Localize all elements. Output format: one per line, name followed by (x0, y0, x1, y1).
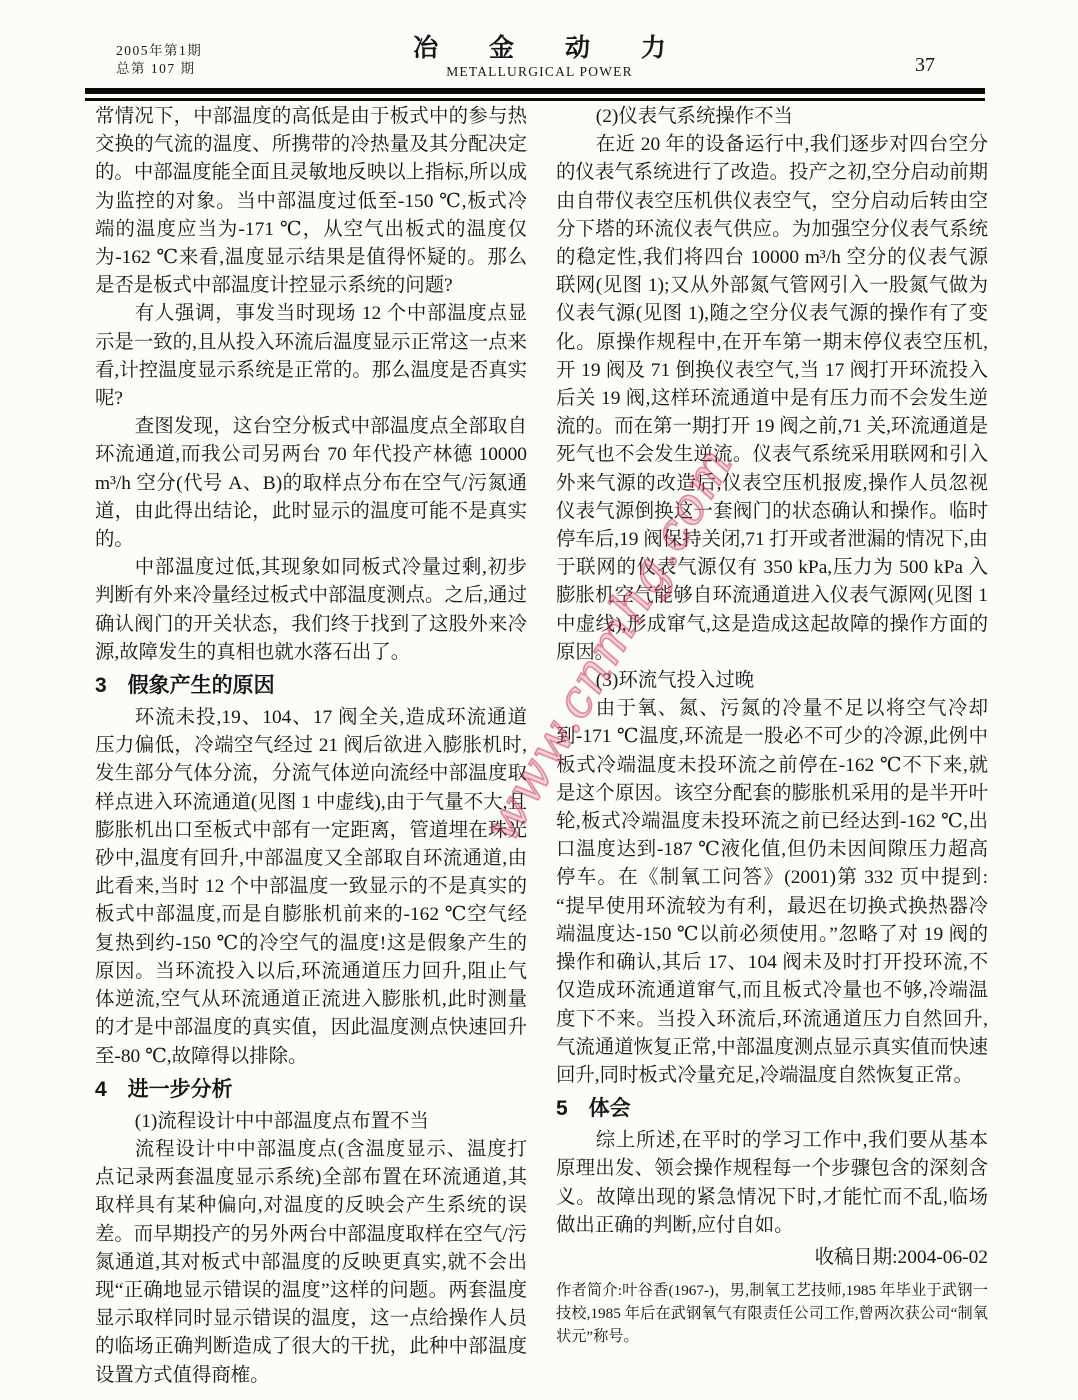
paragraph: 有人强调，事发当时现场 12 个中部温度点显示是一致的,且从投入环流后温度显示正… (95, 300, 527, 413)
section-heading: 4 进一步分析 (95, 1071, 527, 1108)
section-heading: 3 假象产生的原因 (95, 667, 527, 704)
header-rule-thin (85, 98, 985, 101)
paragraph: (2)仪表气系统操作不当 (556, 103, 988, 131)
paragraph: 综上所述,在平时的学习工作中,我们要从基本原理出发、领会操作规程每一个步骤包含的… (556, 1127, 988, 1240)
article-body: 常情况下，中部温度的高低是由于板式中的参与热交换的气流的温度、所携带的冷热量及其… (95, 103, 988, 1390)
paragraph: 常情况下，中部温度的高低是由于板式中的参与热交换的气流的温度、所携带的冷热量及其… (95, 103, 527, 300)
journal-page: 2005年第1期 总第 107 期 冶 金 动 力 METALLURGICAL … (0, 0, 1078, 1400)
author-bio: 作者简介:叶谷香(1967-)，男,制氧工艺技师,1985 年毕业于武钢一技校,… (556, 1280, 988, 1348)
paragraph: 环流未投,19、104、17 阀全关,造成环流通道压力偏低，冷端空气经过 21 … (95, 704, 527, 1071)
received-date: 收稿日期:2004-06-02 (556, 1244, 988, 1272)
paragraph: (1)流程设计中中部温度点布置不当 (95, 1108, 527, 1136)
paragraph: 查图发现，这台空分板式中部温度点全部取自环流通道,而我公司另两台 70 年代投产… (95, 413, 527, 554)
left-column: 常情况下，中部温度的高低是由于板式中的参与热交换的气流的温度、所携带的冷热量及其… (95, 103, 527, 1390)
paragraph: 由于氧、氮、污氮的冷量不足以将空气冷却到-171 ℃温度,环流是一股必不可少的冷… (556, 695, 988, 1090)
page-number: 37 (915, 54, 935, 77)
journal-title-cn: 冶 金 动 力 (92, 34, 987, 62)
section-heading: 5 体会 (556, 1090, 988, 1127)
paragraph: 在近 20 年的设备运行中,我们逐步对四台空分的仪表气系统进行了改造。投产之初,… (556, 131, 988, 667)
page-header: 2005年第1期 总第 107 期 冶 金 动 力 METALLURGICAL … (92, 34, 987, 86)
paragraph: 流程设计中中部温度点(含温度显示、温度打点记录两套温度显示系统)全部布置在环流通… (95, 1136, 527, 1390)
header-rule-thick (85, 88, 985, 94)
journal-title-en: METALLURGICAL POWER (92, 64, 987, 80)
paragraph: (3)环流气投入过晚 (556, 667, 988, 695)
paragraph: 中部温度过低,其现象如同板式冷量过剩,初步判断有外来冷量经过板式中部温度测点。之… (95, 554, 527, 667)
right-column: (2)仪表气系统操作不当在近 20 年的设备运行中,我们逐步对四台空分的仪表气系… (556, 103, 988, 1390)
journal-title: 冶 金 动 力 METALLURGICAL POWER (92, 34, 987, 80)
header-rule (85, 88, 985, 101)
